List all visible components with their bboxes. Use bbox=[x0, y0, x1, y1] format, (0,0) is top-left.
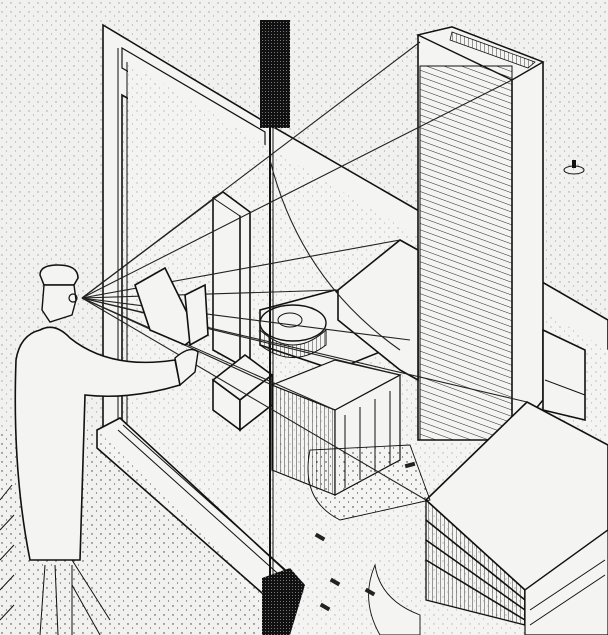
perspective-drawing bbox=[0, 0, 608, 635]
slender-slab bbox=[213, 192, 250, 365]
tall-tower bbox=[418, 27, 543, 440]
artwork-canvas: pen-and-ink perspective drawing bbox=[0, 0, 608, 635]
